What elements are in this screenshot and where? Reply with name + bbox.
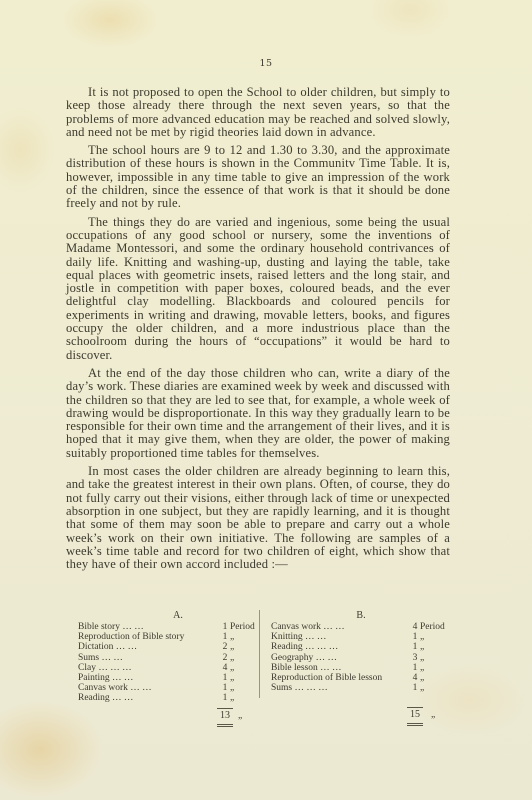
unit: „: [420, 653, 424, 663]
sum-rule: [217, 708, 233, 709]
unit: „: [230, 653, 234, 663]
unit: „: [230, 642, 234, 652]
periods: 1: [220, 693, 230, 703]
table-row: Canvas work … … 4 Period: [271, 622, 451, 632]
subject: Reproduction of Bible lesson: [271, 673, 382, 683]
unit: „: [230, 683, 234, 693]
timetable-b: B. Canvas work … … 4 Period Knitting … ……: [271, 610, 451, 725]
periods: 4: [220, 663, 230, 673]
paragraph: The things they do are varied and ingeni…: [66, 216, 450, 362]
periods: 2: [220, 642, 230, 652]
periods: 1: [220, 683, 230, 693]
paragraph: The school hours are 9 to 12 and 1.30 to…: [66, 144, 450, 210]
unit: „: [230, 673, 234, 683]
total-periods: 13: [217, 711, 233, 721]
periods: 1: [220, 622, 230, 632]
periods: 1: [410, 632, 420, 642]
subject: Knitting … …: [271, 632, 326, 642]
unit: „: [420, 683, 424, 693]
double-rule: [407, 723, 423, 726]
body-text: It is not proposed to open the School to…: [66, 86, 450, 576]
subject: Bible story … …: [78, 622, 144, 632]
table-row: Reading … … … 1 „: [271, 642, 451, 652]
periods: 2: [220, 653, 230, 663]
subject: Dictation … …: [78, 642, 137, 652]
table-row: Sums … … … 1 „: [271, 683, 451, 693]
total-row: 13 „: [78, 704, 258, 726]
unit: Period: [230, 622, 255, 632]
periods: 1: [220, 632, 230, 642]
periods: 3: [410, 653, 420, 663]
timetable-a: A. Bible story … … 1 Period Reproduction…: [78, 610, 258, 726]
total-row: 15 „: [271, 703, 451, 725]
subject: Reading … … …: [271, 642, 338, 652]
periods: 1: [410, 642, 420, 652]
double-rule: [217, 724, 233, 727]
table-row: Bible story … … 1 Period: [78, 622, 258, 632]
subject: Painting … …: [78, 673, 133, 683]
periods: 1: [410, 663, 420, 673]
column-divider: [259, 610, 260, 698]
subject: Canvas work … …: [271, 622, 345, 632]
table-row: Dictation … … 2 „: [78, 642, 258, 652]
table-row: Knitting … … 1 „: [271, 632, 451, 642]
table-row: Reading … … 1 „: [78, 693, 258, 703]
table-row: Sums … … 2 „: [78, 653, 258, 663]
sum-rule: [407, 707, 423, 708]
table-row: Bible lesson … … 1 „: [271, 663, 451, 673]
unit: „: [230, 693, 234, 703]
periods: 1: [220, 673, 230, 683]
subject: Bible lesson … …: [271, 663, 341, 673]
unit: „: [230, 632, 234, 642]
timetable-samples: A. Bible story … … 1 Period Reproduction…: [66, 610, 450, 728]
periods: 4: [410, 673, 420, 683]
book-page: 15 It is not proposed to open the School…: [0, 0, 532, 800]
paragraph: In most cases the older children are alr…: [66, 465, 450, 571]
table-heading: B.: [271, 610, 451, 622]
subject: Clay … … …: [78, 663, 132, 673]
unit: „: [230, 663, 234, 673]
periods: 1: [410, 683, 420, 693]
unit: „: [420, 673, 424, 683]
paragraph: It is not proposed to open the School to…: [66, 86, 450, 139]
subject: Canvas work … …: [78, 683, 152, 693]
paragraph: At the end of the day those children who…: [66, 367, 450, 460]
table-row: Clay … … … 4 „: [78, 663, 258, 673]
table-row: Canvas work … … 1 „: [78, 683, 258, 693]
unit: „: [420, 642, 424, 652]
subject: Geography … …: [271, 653, 337, 663]
subject: Sums … …: [78, 653, 123, 663]
table-row: Painting … … 1 „: [78, 673, 258, 683]
page-number: 15: [0, 58, 532, 69]
table-heading: A.: [78, 610, 258, 622]
table-row: Geography … … 3 „: [271, 653, 451, 663]
unit: „: [238, 711, 242, 721]
periods: 4: [410, 622, 420, 632]
table-row: Reproduction of Bible story 1 „: [78, 632, 258, 642]
table-row: Reproduction of Bible lesson 4 „: [271, 673, 451, 683]
subject: Reading … …: [78, 693, 133, 703]
unit: „: [420, 632, 424, 642]
unit: Period: [420, 622, 445, 632]
unit: „: [431, 710, 435, 720]
subject: Sums … … …: [271, 683, 328, 693]
unit: „: [420, 663, 424, 673]
total-periods: 15: [407, 710, 423, 720]
subject: Reproduction of Bible story: [78, 632, 184, 642]
